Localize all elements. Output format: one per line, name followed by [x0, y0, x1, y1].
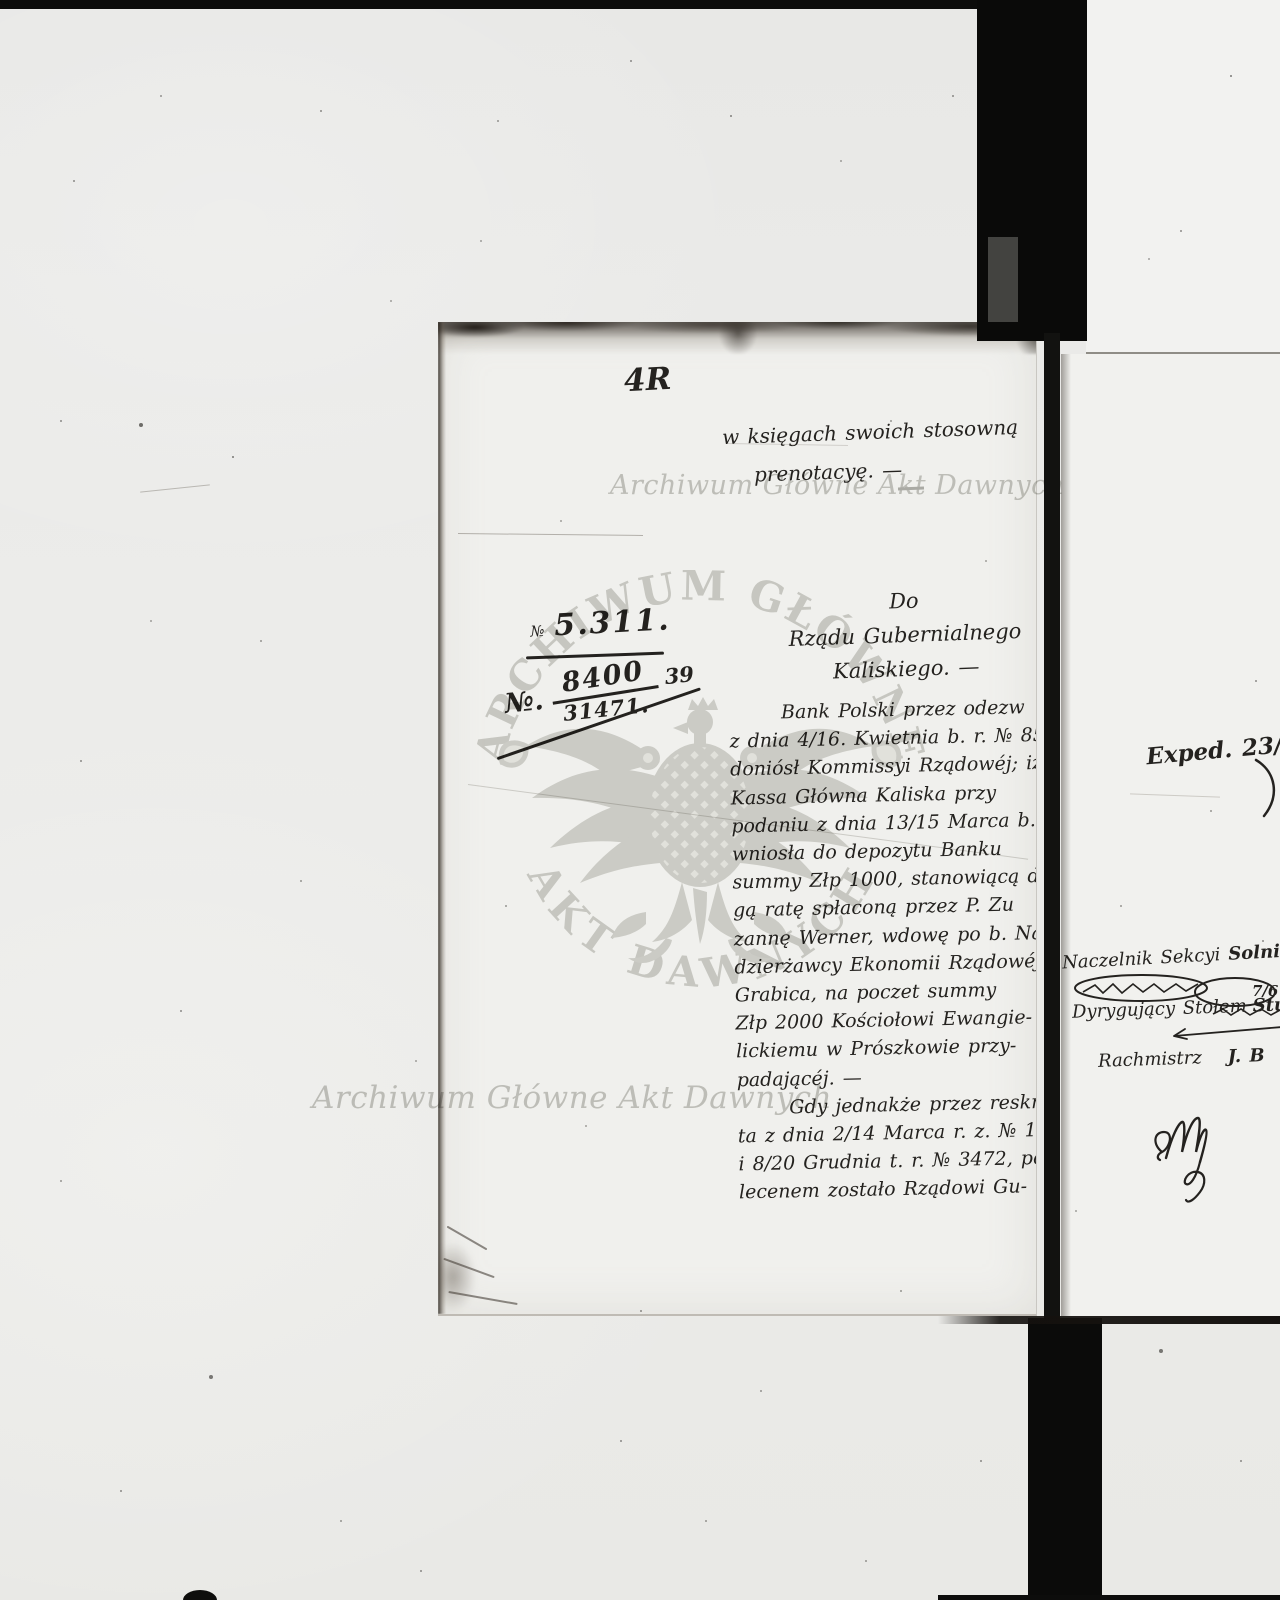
film-gap-inset [988, 237, 1018, 322]
registry-fraction: 840031471. [548, 656, 661, 727]
top-note-line-1: w księgach swoich stosowną [722, 415, 1019, 449]
registry-number-1: №5.311. [529, 602, 671, 644]
paper-crease [458, 533, 643, 536]
page-top-burnt-edge [438, 322, 1037, 354]
film-edge-strip-top [0, 0, 984, 9]
film-blob-bottom [183, 1590, 217, 1600]
page-gap-strip [1044, 333, 1060, 1325]
official-line-rachmistrz: RachmistrzJ. B [1098, 1045, 1265, 1072]
registry-number-value: 5.311. [553, 602, 671, 643]
page-bottom-edge-line [938, 1316, 1280, 1324]
numero-label: № [530, 622, 545, 641]
archival-scan: Exped. 23/34 Naczelnik SekcyiSolnicki 7/… [0, 0, 1280, 1600]
letter-line: lecenem zostało Rządowi Gu- [739, 1172, 1037, 1207]
page-left-edge [438, 322, 446, 1314]
monogram-signature [1148, 1108, 1232, 1212]
official-title: Rachmistrz [1098, 1047, 1202, 1072]
numero-label: №. [503, 685, 545, 720]
year-digits: 39 [663, 661, 695, 689]
edge-smudge [438, 1242, 476, 1312]
strike-through-scribble [1211, 1004, 1280, 1020]
official-signature: J. B [1227, 1045, 1265, 1067]
right-document-page: Exped. 23/34 Naczelnik SekcyiSolnicki 7/… [1061, 354, 1280, 1316]
official-signature: Solnicki [1228, 940, 1280, 965]
film-gap-band-bottom [1028, 1318, 1102, 1600]
adjacent-page-fragment [1086, 0, 1280, 354]
main-document-page: 4R w księgach swoich stosowną prenotacyę… [438, 322, 1037, 1316]
registry-number-2: №.840031471.39 [501, 652, 697, 732]
film-scratch [140, 484, 210, 492]
film-edge-strip-bottom [938, 1595, 1280, 1600]
pen-flourish [1250, 756, 1280, 820]
letter-address-block: Do Rządu Gubernialnego Kaliskiego. — [778, 580, 1031, 691]
top-note-line-2: prenotacyę. — [754, 457, 903, 486]
folio-number: 4R [623, 361, 672, 399]
arrow-flourish [1168, 1024, 1280, 1042]
letter-body: Bank Polski przez odezwz dnia 4/16. Kwie… [729, 693, 1037, 1207]
